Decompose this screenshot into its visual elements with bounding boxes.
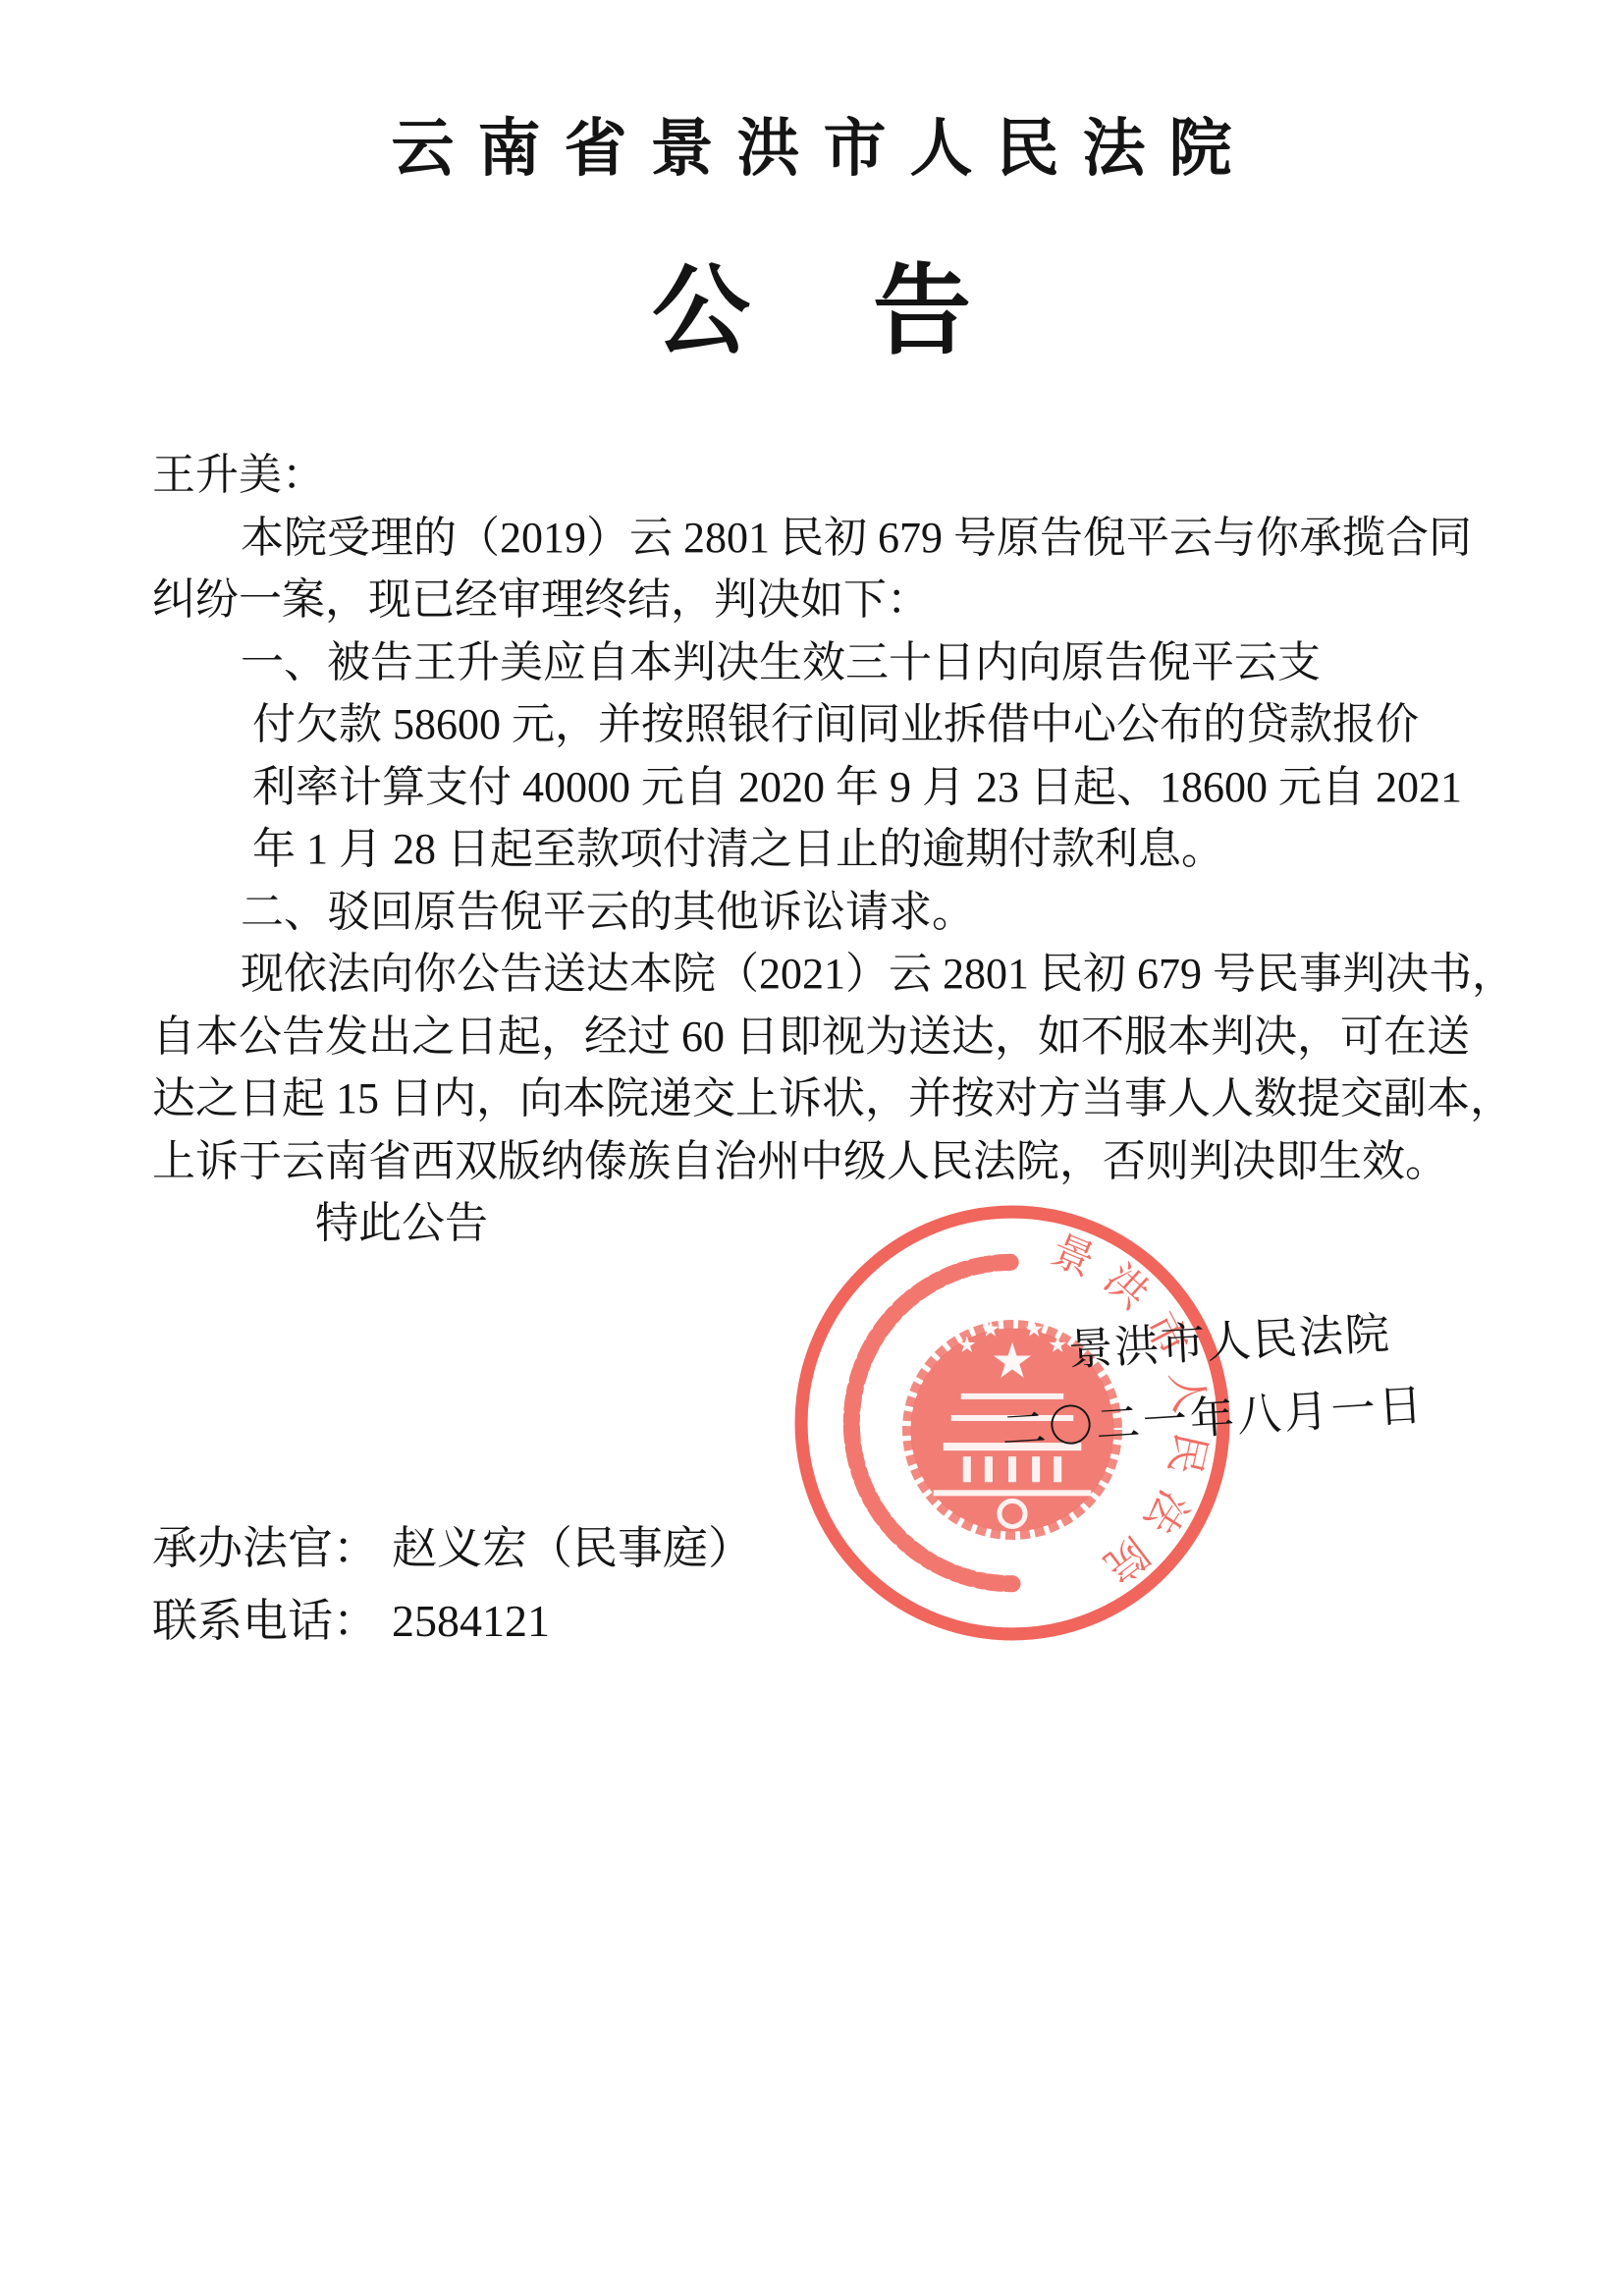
body-line: 一、被告王升美应自本判决生效三十日内向原告倪平云支 [152,631,1512,694]
body-line: 利率计算支付 40000 元自 2020 年 9 月 23 日起、18600 元… [152,756,1512,819]
notice-title: 公告 [0,263,1623,361]
body-line: 上诉于云南省西双版纳傣族自治州中级人民法院，否则判决即生效。 [152,1130,1512,1193]
scanned-court-notice: 云南省景洪市人民法院 公告 王升美： 本院受理的（2019）云 2801 民初 … [0,0,1623,2296]
phone-label: 联系电话： [152,1596,378,1646]
body-line: 付欠款 58600 元，并按照银行间同业拆借中心公布的贷款报价 [152,693,1512,756]
judge-label: 承办法官： [152,1523,378,1573]
body-line: 二、驳回原告倪平云的其他诉讼请求。 [152,881,1512,944]
body-line: 纠纷一案，现已经审理终结，判决如下： [152,569,1512,631]
judge-name: 赵义宏（民事庭） [392,1523,753,1573]
body-line: 达之日起 15 日内，向本院递交上诉状，并按对方当事人人数提交副本， [152,1067,1512,1130]
judge-line: 承办法官：赵义宏（民事庭） [152,1512,753,1577]
body-line: 年 1 月 28 日起至款项付清之日止的逾期付款利息。 [152,818,1512,881]
phone-number: 2584121 [392,1596,550,1646]
salutation: 王升美： [152,444,1512,507]
body-line: 本院受理的（2019）云 2801 民初 679 号原告倪平云与你承揽合同 [152,507,1512,570]
notice-body: 王升美： 本院受理的（2019）云 2801 民初 679 号原告倪平云与你承揽… [152,444,1512,1255]
phone-line: 联系电话：2584121 [152,1585,550,1650]
court-header: 云南省景洪市人民法院 [0,118,1623,181]
body-line: 自本公告发出之日起，经过 60 日即视为送达，如不服本判决，可在送 [152,1006,1512,1068]
body-line: 现依法向你公告送达本院（2021）云 2801 民初 679 号民事判决书， [152,943,1512,1006]
